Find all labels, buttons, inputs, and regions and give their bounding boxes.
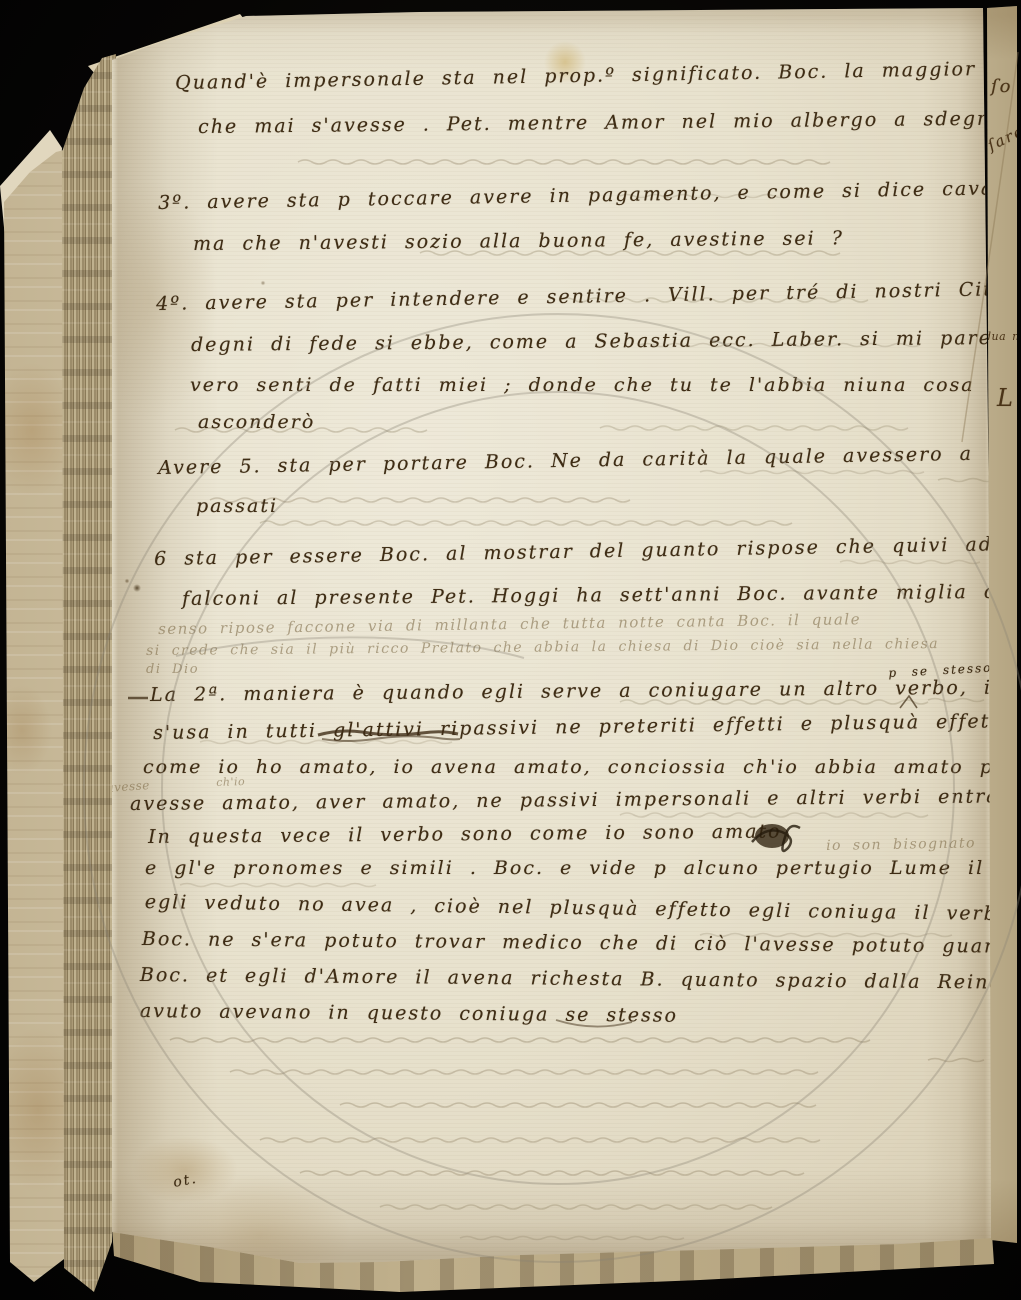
manuscript-line: In questa vece il verbo sono come io son… — [148, 820, 782, 848]
manuscript-line: di Dio — [146, 662, 199, 677]
manuscript-line: avuto avevano in questo coniuga se stess… — [140, 1000, 678, 1027]
handwriting-layer: Quand'è impersonale sta nel prop.º signi… — [0, 0, 1021, 1300]
manuscript-line: che mai s'avesse . Pet. mentre Amor nel … — [198, 107, 1021, 138]
manuscript-line: 4º. avere sta per intendere e sentire . … — [156, 277, 1021, 315]
manuscript-line: s'usa in tutti gl'attivi ripassivi ne pr… — [153, 710, 1008, 744]
manuscript-line: 6 sta per essere Boc. al mostrar del gua… — [154, 532, 1021, 570]
facing-page-text-fragment: L — [997, 384, 1015, 412]
manuscript-line: passati — [196, 495, 278, 517]
manuscript-line: falconi al presente Pet. Hoggi ha sett'a… — [182, 580, 1021, 610]
interlinear-insertion: ch'io — [216, 775, 245, 789]
manuscript-line: io son bisognato — [826, 835, 976, 854]
manuscript-photo: Quand'è impersonale sta nel prop.º signi… — [0, 0, 1021, 1300]
facing-page-text-fragment: dua ne — [984, 330, 1021, 343]
manuscript-line: Boc. ne s'era potuto trovar medico che d… — [142, 928, 1021, 958]
manuscript-line: come io ho amato, io avena amato, concio… — [143, 756, 1016, 778]
manuscript-page: Quand'è impersonale sta nel prop.º signi… — [0, 0, 1021, 1300]
manuscript-line: ma che n'avesti sozio alla buona fe, ave… — [193, 227, 844, 255]
manuscript-line: si crede che sia il più ricco Prelato ch… — [146, 636, 939, 659]
manuscript-line: vero senti de fatti miei ; donde che tu … — [190, 374, 1021, 396]
manuscript-line: asconderò — [198, 411, 315, 433]
bottom-ink-mark: ot. — [172, 1171, 199, 1191]
manuscript-line: Avere 5. sta per portare Boc. Ne da cari… — [158, 442, 1021, 479]
facing-page-text-fragment: ſare — [985, 122, 1021, 155]
manuscript-line: La 2ª. maniera è quando egli serve a con… — [150, 676, 1021, 706]
manuscript-line: Boc. et egli d'Amore il avena richesta B… — [140, 964, 1003, 994]
manuscript-line: avesse amato, aver amato, ne passivi imp… — [130, 785, 1000, 815]
manuscript-line: Quand'è impersonale sta nel prop.º signi… — [175, 57, 1021, 94]
manuscript-line: degni di fede si ebbe, come a Sebastia e… — [191, 326, 1021, 356]
facing-page-text-fragment: ſo — [991, 76, 1013, 97]
manuscript-line: senso ripose faccone via di millanta che… — [158, 610, 861, 638]
manuscript-line: 3º. avere sta p toccare avere in pagamen… — [158, 176, 1021, 214]
manuscript-line: egli veduto no avea , cioè nel plusquà e… — [145, 891, 1021, 926]
manuscript-line: e gl'e pronomes e simili . Boc. e vide p… — [145, 857, 1021, 879]
